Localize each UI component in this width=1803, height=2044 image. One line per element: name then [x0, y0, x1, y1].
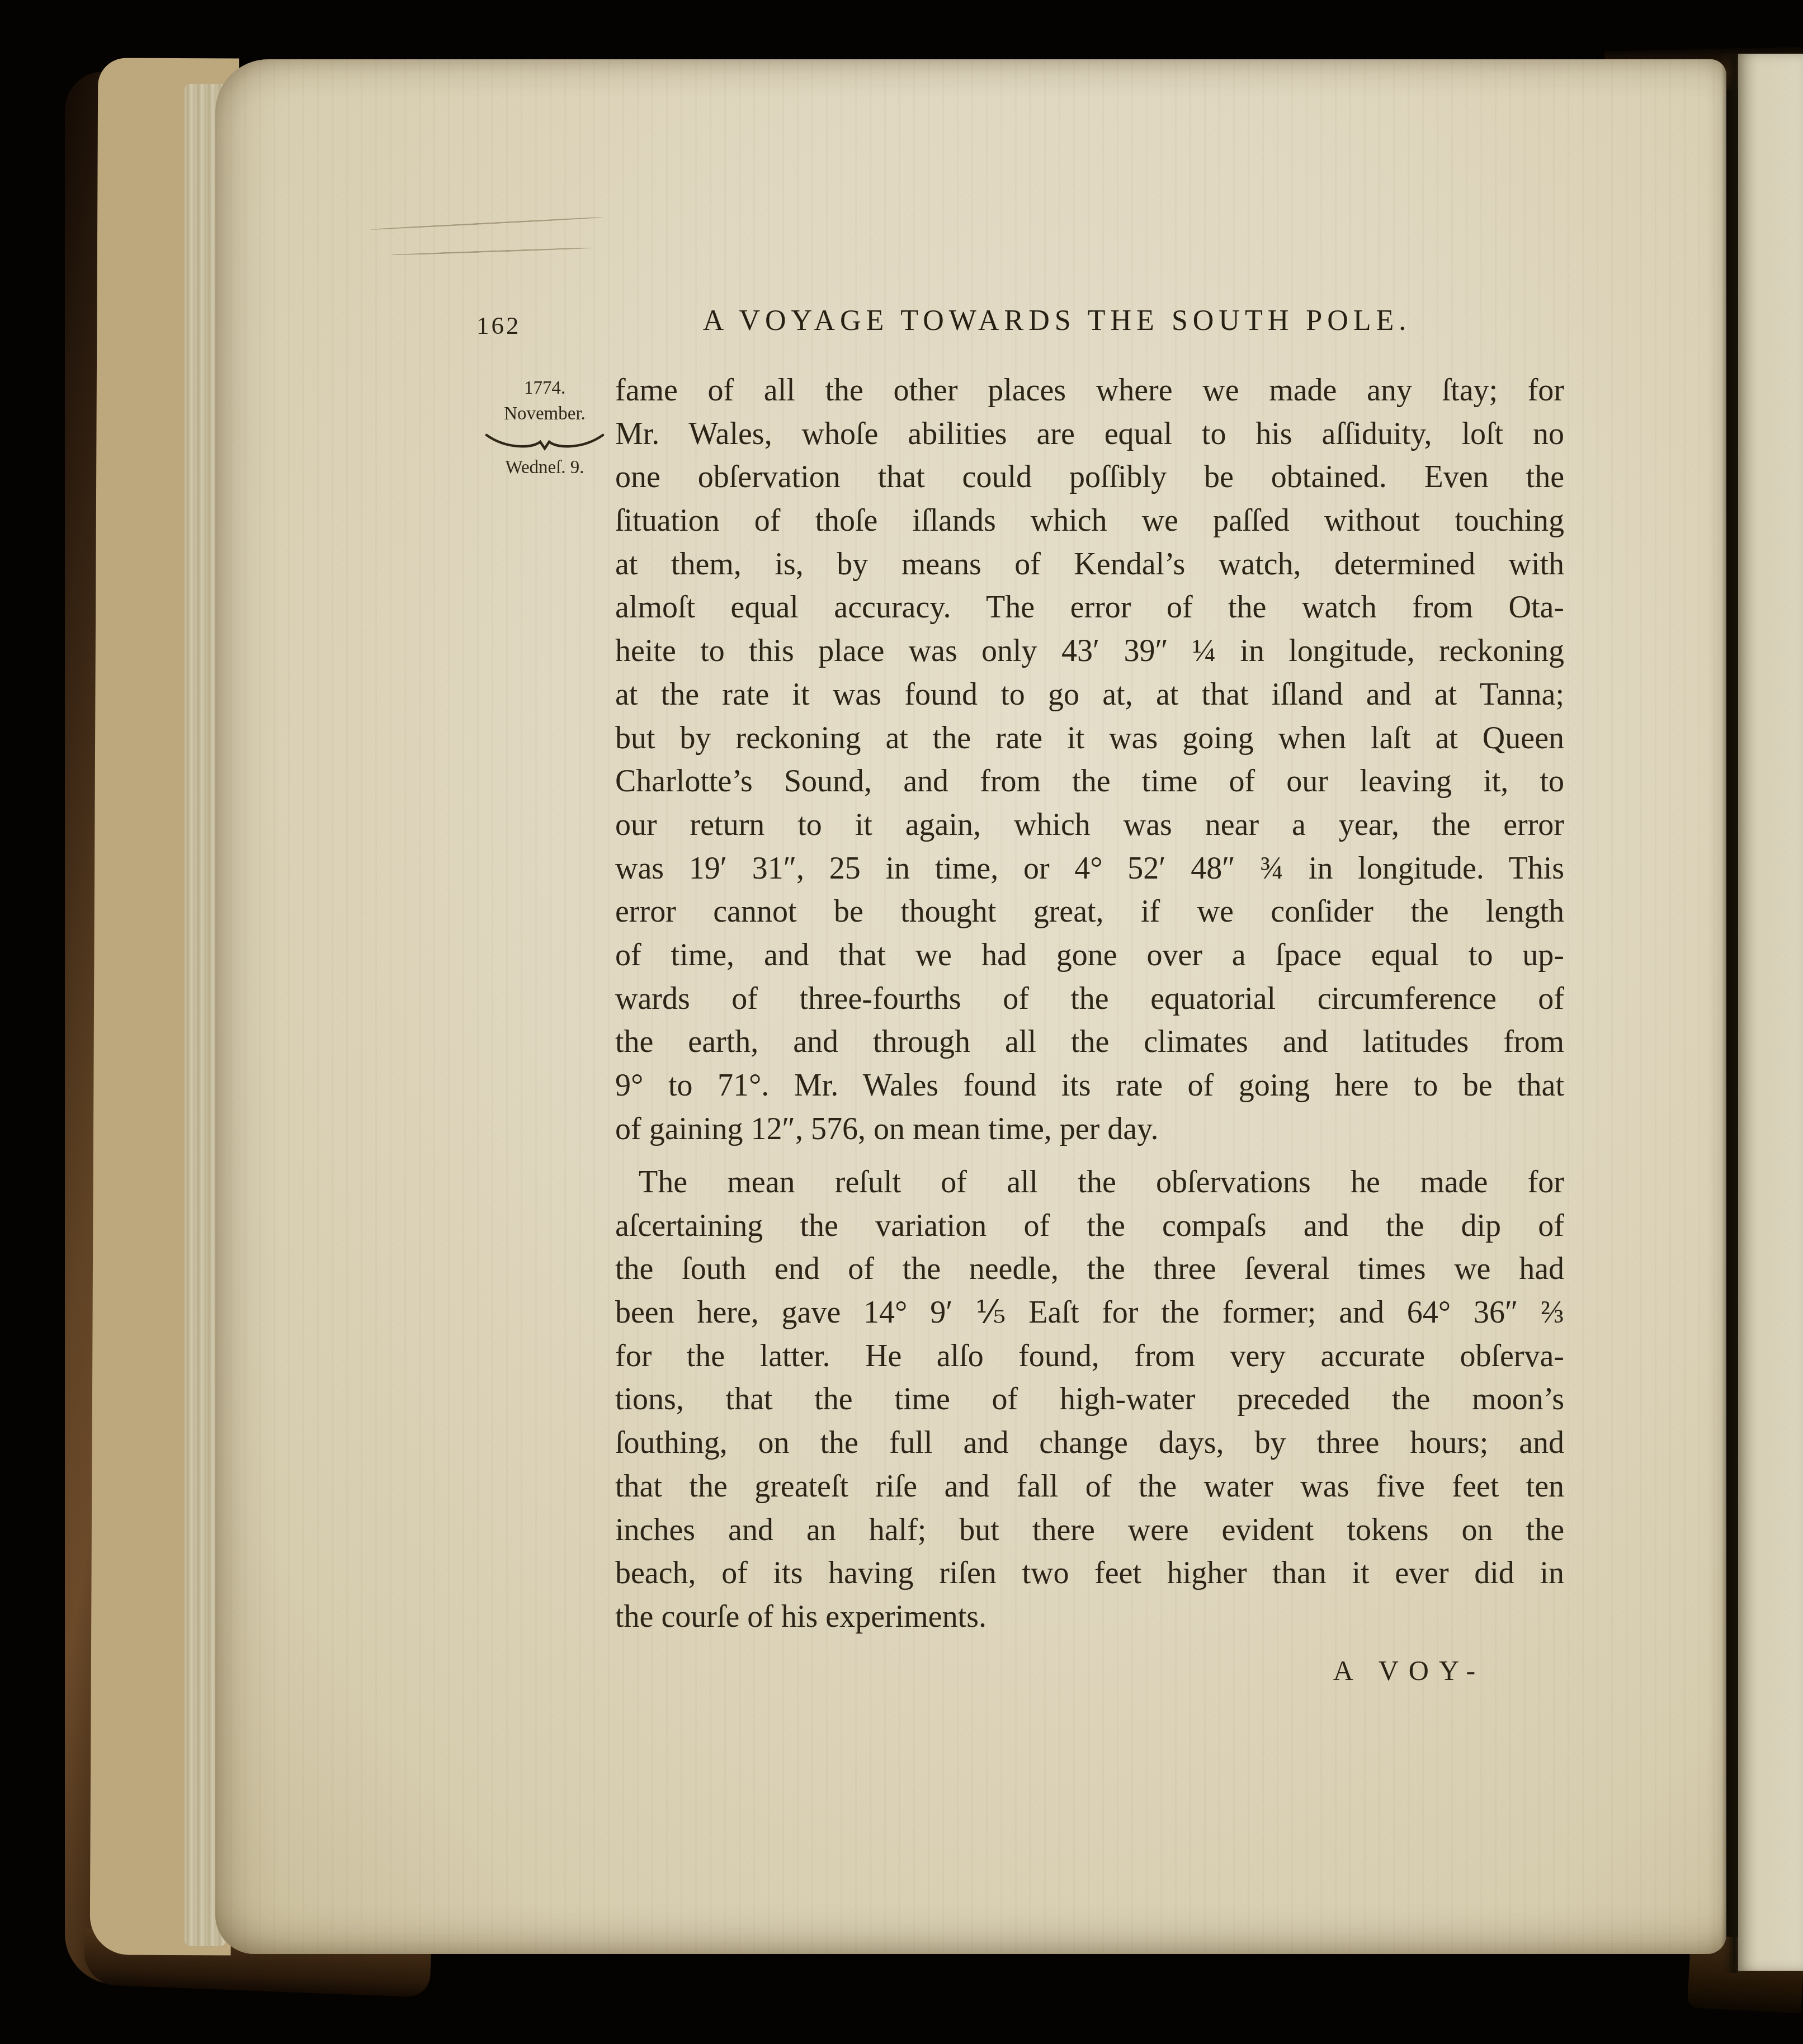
catchword: A VOY-: [1297, 1654, 1521, 1687]
text-line: been here, gave 14° 9′ ⅕ Eaſt for the fo…: [615, 1291, 1564, 1335]
facing-page-sliver: [1738, 54, 1803, 1971]
text-line: ſituation of thoſe iſlands which we paſſ…: [615, 499, 1564, 543]
text-line: but by reckoning at the rate it was goin…: [615, 717, 1564, 761]
text-line: the courſe of his experiments.: [615, 1595, 1564, 1639]
text-line: 9° to 71°. Mr. Wales found its rate of g…: [615, 1064, 1564, 1108]
text-line: that the greateſt riſe and fall of the w…: [615, 1465, 1564, 1509]
text-line: heite to this place was only 43′ 39″ ¼ i…: [615, 630, 1564, 673]
margin-note-year: 1774.: [479, 378, 611, 399]
text-line: at them, is, by means of Kendal’s watch,…: [615, 543, 1564, 587]
text-line: at the rate it was found to go at, at th…: [615, 673, 1564, 717]
text-line: wards of three-fourths of the equatorial…: [615, 978, 1564, 1021]
text-line: one obſervation that could poſſibly be o…: [615, 456, 1564, 499]
text-line: the earth, and through all the climates …: [615, 1021, 1564, 1064]
text-line: error cannot be thought great, if we con…: [615, 890, 1564, 934]
book-photo: { "page": { "number": "162", "running_ti…: [0, 0, 1803, 2044]
text-line: was 19′ 31″, 25 in time, or 4° 52′ 48″ ¾…: [615, 847, 1564, 891]
margin-note-day: Wedneſ. 9.: [479, 457, 611, 478]
text-line: of time, and that we had gone over a ſpa…: [615, 934, 1564, 978]
text-line: fame of all the other places where we ma…: [615, 369, 1564, 413]
text-line: ſouthing, on the full and change days, b…: [615, 1422, 1564, 1465]
running-title: A VOYAGE TOWARDS THE SOUTH POLE.: [635, 304, 1479, 337]
text-line: Mr. Wales, whoſe abilities are equal to …: [615, 413, 1564, 456]
text-line: Charlotte’s Sound, and from the time of …: [615, 760, 1564, 804]
paragraph: The mean reſult of all the obſervations …: [615, 1161, 1564, 1639]
page-number: 162: [476, 311, 572, 340]
text-line: the ſouth end of the needle, the three ſ…: [615, 1248, 1564, 1291]
brace-icon: [483, 432, 606, 452]
text-line: for the latter. He alſo found, from very…: [615, 1335, 1564, 1379]
text-line: almoſt equal accuracy. The error of the …: [615, 586, 1564, 630]
margin-note-month: November.: [479, 404, 611, 424]
text-line: tions, that the time of high-water prece…: [615, 1378, 1564, 1422]
text-line: The mean reſult of all the obſervations …: [615, 1161, 1564, 1205]
paragraph: fame of all the other places where we ma…: [615, 369, 1564, 1151]
text-line: beach, of its having riſen two feet high…: [615, 1552, 1564, 1595]
text-line: of gaining 12″, 576, on mean time, per d…: [615, 1108, 1564, 1151]
text-line: inches and an half; but there were evide…: [615, 1509, 1564, 1552]
text-line: aſcertaining the variation of the compaſ…: [615, 1205, 1564, 1248]
text-line: our return to it again, which was near a…: [615, 804, 1564, 847]
